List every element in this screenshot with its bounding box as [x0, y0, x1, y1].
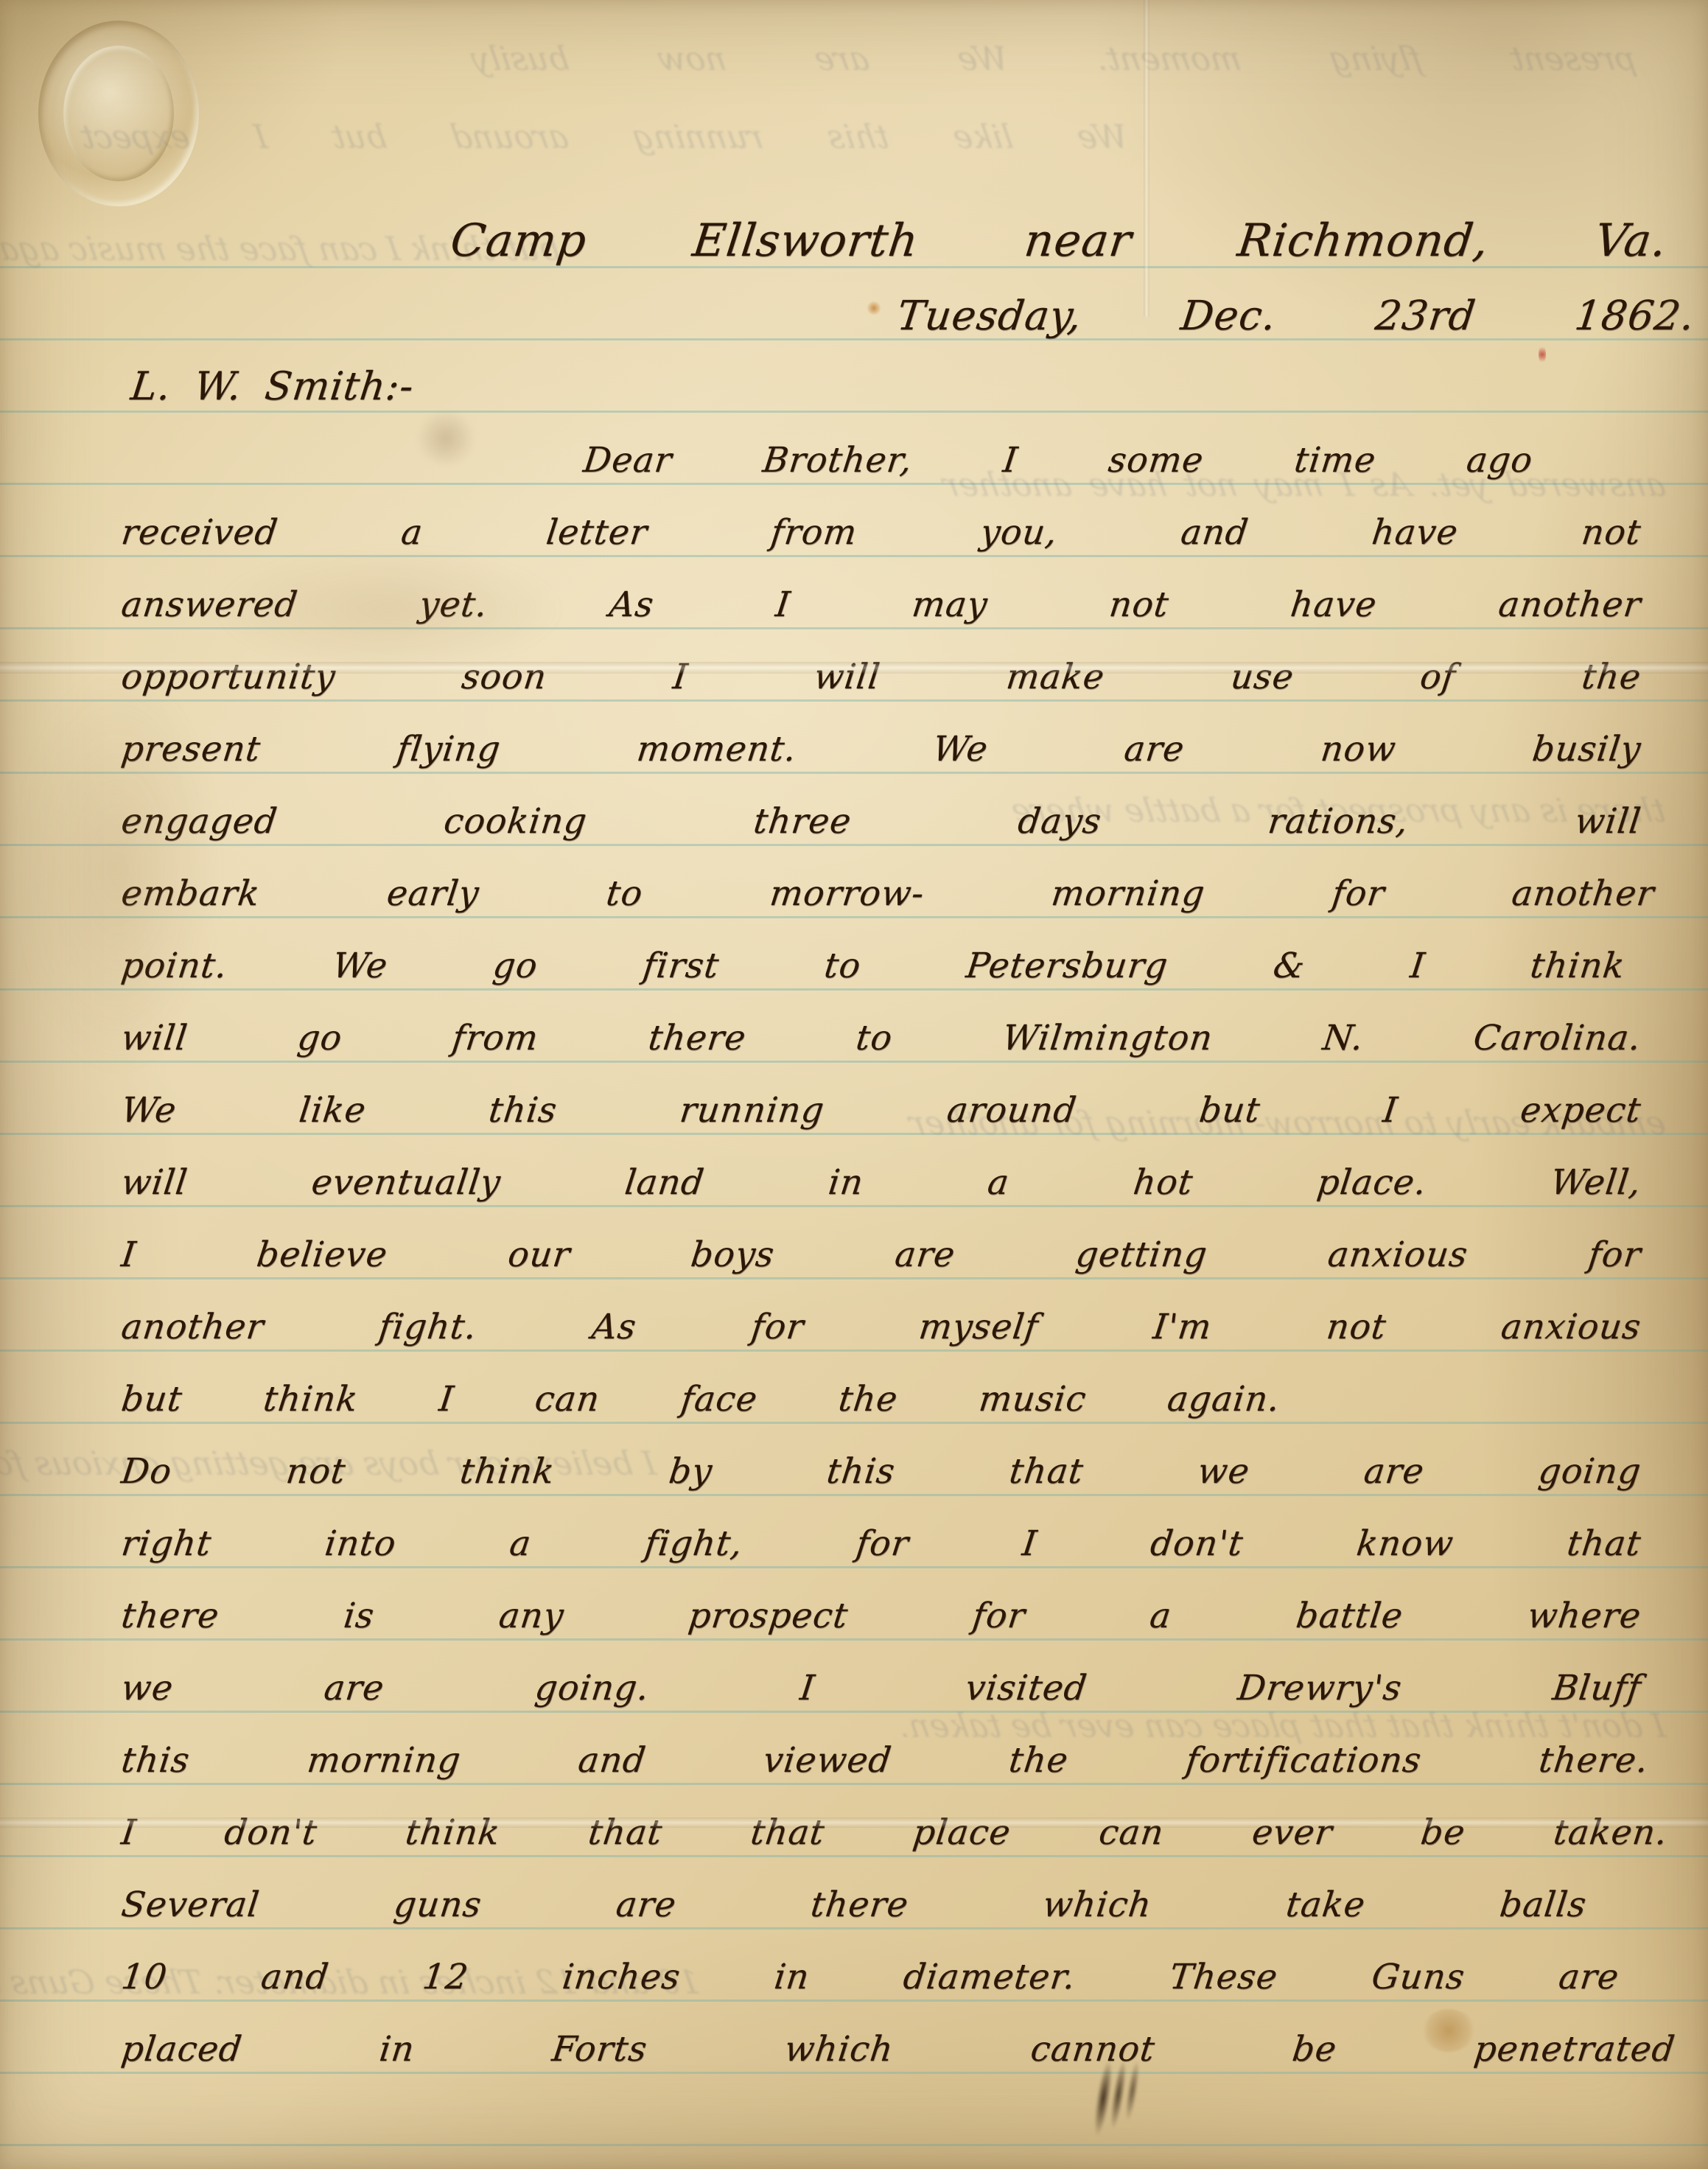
- letter-line: Several guns are there which take balls: [118, 1876, 1590, 1934]
- letter-line: I don't think that that place can ever b…: [118, 1804, 1671, 1862]
- bleedthrough-line: present flying moment. We are now busily: [467, 34, 1639, 85]
- letter-line: 10 and 12 inches in diameter. These Guns…: [118, 1949, 1623, 2006]
- letter-line: embark early to morrow- morning for anot…: [118, 865, 1658, 923]
- letter-page: present flying moment. We are now busily…: [0, 0, 1708, 2169]
- letter-line: we are going. I visited Drewry's Bluff: [118, 1660, 1645, 1717]
- letter-line: there is any prospect for a battle where: [118, 1588, 1645, 1645]
- letter-line: point. We go first to Petersburg & I thi…: [118, 937, 1628, 995]
- letter-line: but think I can face the music again.: [118, 1371, 1284, 1428]
- letter-line: right into a fight, for I don't know tha…: [118, 1515, 1645, 1573]
- letter-line: will go from there to Wilmington N. Caro…: [118, 1010, 1645, 1067]
- letter-line: engaged cooking three days rations, will: [118, 793, 1645, 851]
- letter-salutation: L. W. Smith:-: [127, 355, 418, 419]
- letter-line: this morning and viewed the fortificatio…: [118, 1732, 1652, 1789]
- letter-line: We like this running around but I expect: [118, 1082, 1645, 1139]
- letter-line: will eventually land in a hot place. Wel…: [118, 1154, 1645, 1212]
- letter-line: opportunity soon I will make use of the: [118, 649, 1645, 706]
- letter-line: present flying moment. We are now busily: [118, 721, 1645, 778]
- letter-heading-date: Tuesday, Dec. 23rd 1862.: [894, 283, 1699, 348]
- letter-line: Do not think by this that we are going: [118, 1443, 1645, 1501]
- letter-line: I believe our boys are getting anxious f…: [118, 1226, 1645, 1284]
- bleedthrough-line: We like this running around but I expect: [77, 112, 1131, 164]
- letter-line: Dear Brother, I some time ago: [580, 432, 1536, 489]
- letter-line: another fight. As for myself I'm not anx…: [118, 1299, 1645, 1356]
- letter-line: answered yet. As I may not have another: [118, 576, 1645, 634]
- letter-heading-location: Camp Ellsworth near Richmond, Va.: [447, 206, 1671, 276]
- letter-line: placed in Forts which cannot be penetrat…: [118, 2021, 1679, 2078]
- letter-line: received a letter from you, and have not: [118, 504, 1645, 562]
